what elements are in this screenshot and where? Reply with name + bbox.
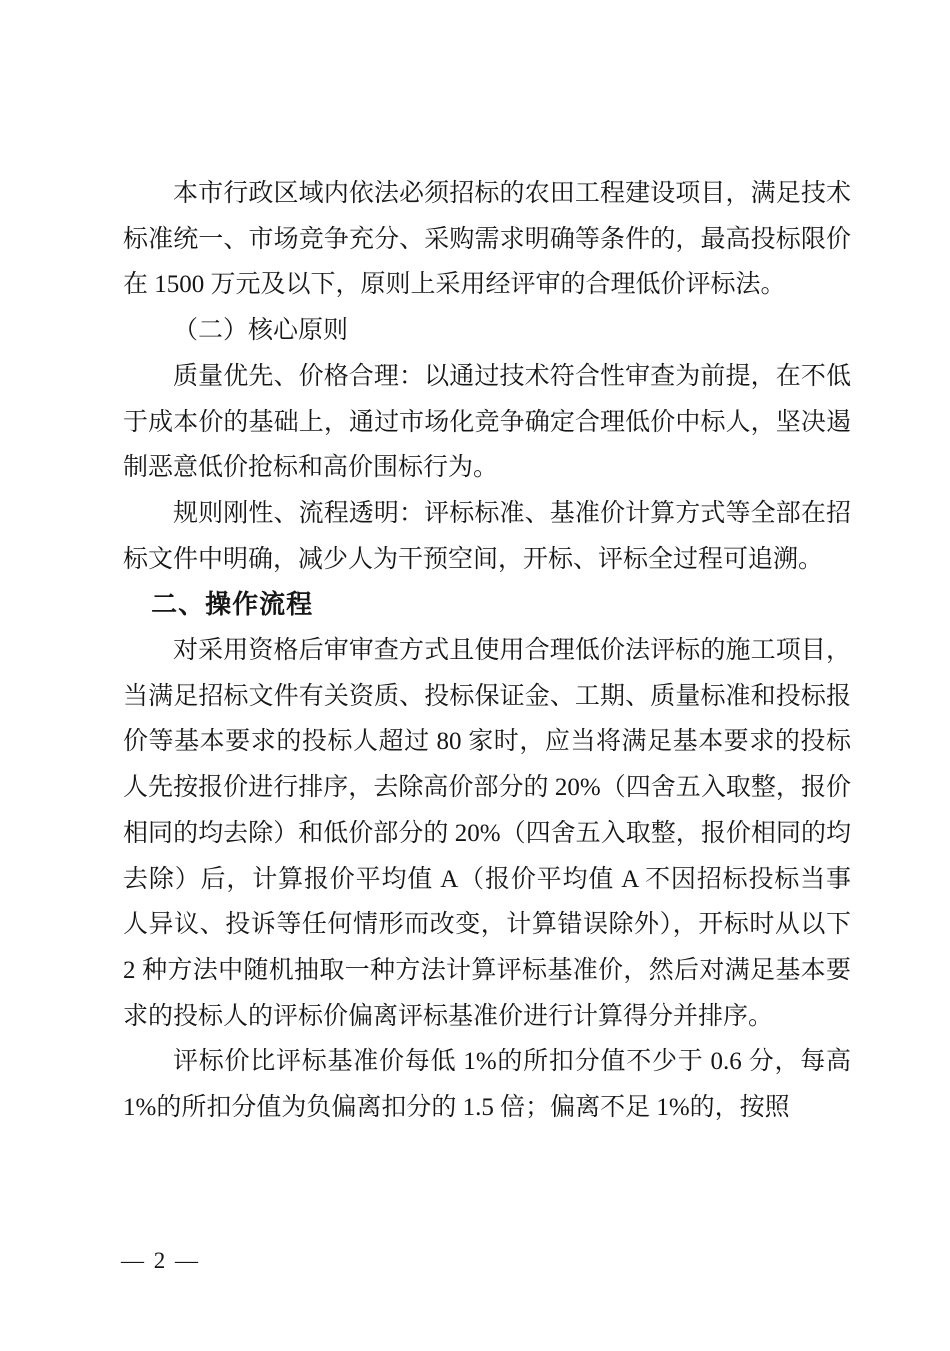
- paragraph-scoring-rule: 评标价比评标基准价每低 1%的所扣分值不少于 0.6 分，每高 1%的所扣分值为…: [123, 1039, 851, 1130]
- paragraph-process-description: 对采用资格后审审查方式且使用合理低价法评标的施工项目，当满足招标文件有关资质、投…: [123, 628, 851, 1039]
- section-heading-operation-process: 二、操作流程: [123, 582, 851, 628]
- paragraph-rigid-rules-principle: 规则刚性、流程透明：评标标准、基准价计算方式等全部在招标文件中明确，减少人为干预…: [123, 491, 851, 582]
- document-body: 本市行政区域内依法必须招标的农田工程建设项目，满足技术标准统一、市场竞争充分、采…: [123, 171, 851, 1131]
- paragraph-quality-first-principle: 质量优先、价格合理：以通过技术符合性审查为前提，在不低于成本价的基础上，通过市场…: [123, 354, 851, 491]
- paragraph-scope-of-application: 本市行政区域内依法必须招标的农田工程建设项目，满足技术标准统一、市场竞争充分、采…: [123, 171, 851, 308]
- document-page: 本市行政区域内依法必须招标的农田工程建设项目，满足技术标准统一、市场竞争充分、采…: [0, 0, 950, 1351]
- section-heading-core-principles: （二）核心原则: [123, 308, 851, 354]
- page-number: — 2 —: [121, 1246, 200, 1276]
